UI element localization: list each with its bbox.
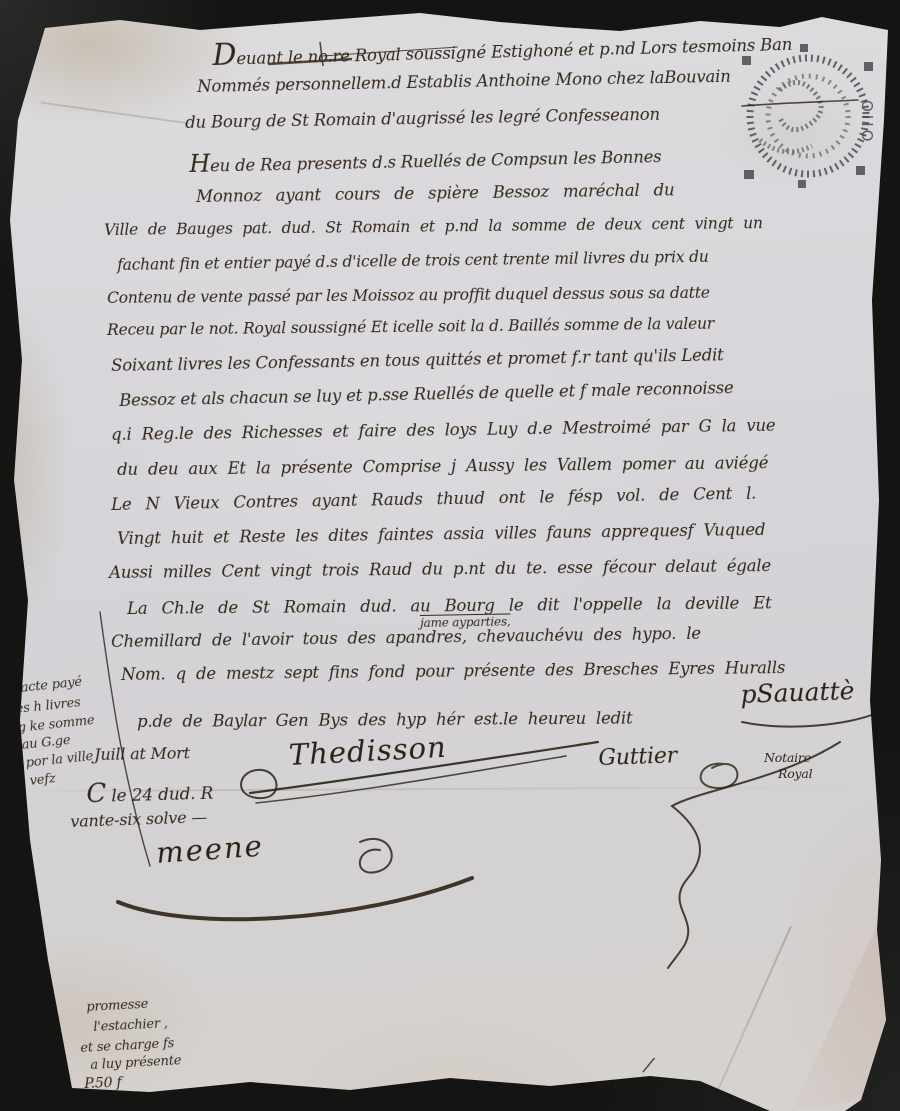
manuscript-line: Heu de Rea presents d.s Ruellés de Comps… [189,140,662,178]
manuscript-line: Soixant livres les Confessants en tous q… [111,345,724,375]
closing-line: C le 24 dud. R [86,776,214,809]
signature-second-party: meene [155,828,265,869]
stamp-letters: OIIO [858,100,876,144]
paper-sheet: OIIO Deuant le no.re Royal soussigné Est… [0,0,900,1111]
manuscript-line: La Ch.le de St Romain dud. au Bourg le d… [127,593,772,618]
signature-witness: Guttier [598,743,677,771]
docket-note-line: a luy présente [90,1053,182,1073]
manuscript-line: q.i Reg.le des Richesses et faire des lo… [111,416,776,444]
manuscript-line: fachant fin et entier payé d.s d'icelle … [117,248,709,274]
manuscript-photo: { "page": { "background_color": "#151514… [0,0,900,1111]
margin-note-line: au G.ge [21,733,71,753]
notary-title: Notaire [764,750,811,765]
manuscript-line: Aussi milles Cent vingt trois Raud du p.… [109,556,771,582]
margin-note-line: acte payé [20,675,83,696]
manuscript-line: Ville de Bauges pat. dud. St Romain et p… [104,214,763,239]
notary-title: Royal [778,766,812,781]
closing-line: vante-six solve — [70,807,207,831]
signature-notary: Thedisson [288,730,448,772]
manuscript-line: Nom. q de mestz sept fins fond pour prés… [121,658,785,684]
manuscript-line: Deuant le no.re Royal soussigné Estighon… [212,23,792,73]
margin-note-line: por la ville [25,749,94,771]
margin-note-line: vefz [29,771,56,789]
docket-note-line: promesse [86,997,149,1015]
signature-party: pSauattè [740,676,855,709]
manuscript-line: Vingt huit et Reste les dites faintes as… [117,520,765,548]
manuscript-line: du deu aux Et la présente Comprise j Aus… [117,453,768,479]
interline-note: jame ayparties, [420,614,511,630]
ink-slash-mark: / [643,1052,654,1077]
manuscript-line: p.de de Baylar Gen Bys des hyp hér est.l… [137,709,633,731]
paper-crease-diagonal [712,926,792,1102]
manuscript-line: Le N Vieux Contres ayant Rauds thuud ont… [111,484,756,514]
manuscript-line: Receu par le not. Royal soussigné Et ice… [107,315,714,339]
manuscript-line: Monnoz ayant cours de spière Bessoz maré… [196,180,674,206]
manuscript-line: Contenu de vente passé par les Moissoz a… [107,284,710,307]
paper-crease-top-left [41,102,190,125]
closing-line: Juill at Mort [94,743,190,764]
manuscript-line: Chemillard de l'avoir tous des apandres,… [111,624,701,651]
manuscript-line: Bessoz et als chacun se luy et p.sse Rue… [119,378,734,410]
margin-note-line: es h livres [15,695,81,717]
manuscript-line: du Bourg de St Romain d'augrissé les leg… [185,105,660,132]
docket-note-line: et se charge fs [80,1036,174,1056]
margin-note-line: g ke somme [17,713,95,736]
docket-note-line: l'estachier , [93,1016,168,1035]
